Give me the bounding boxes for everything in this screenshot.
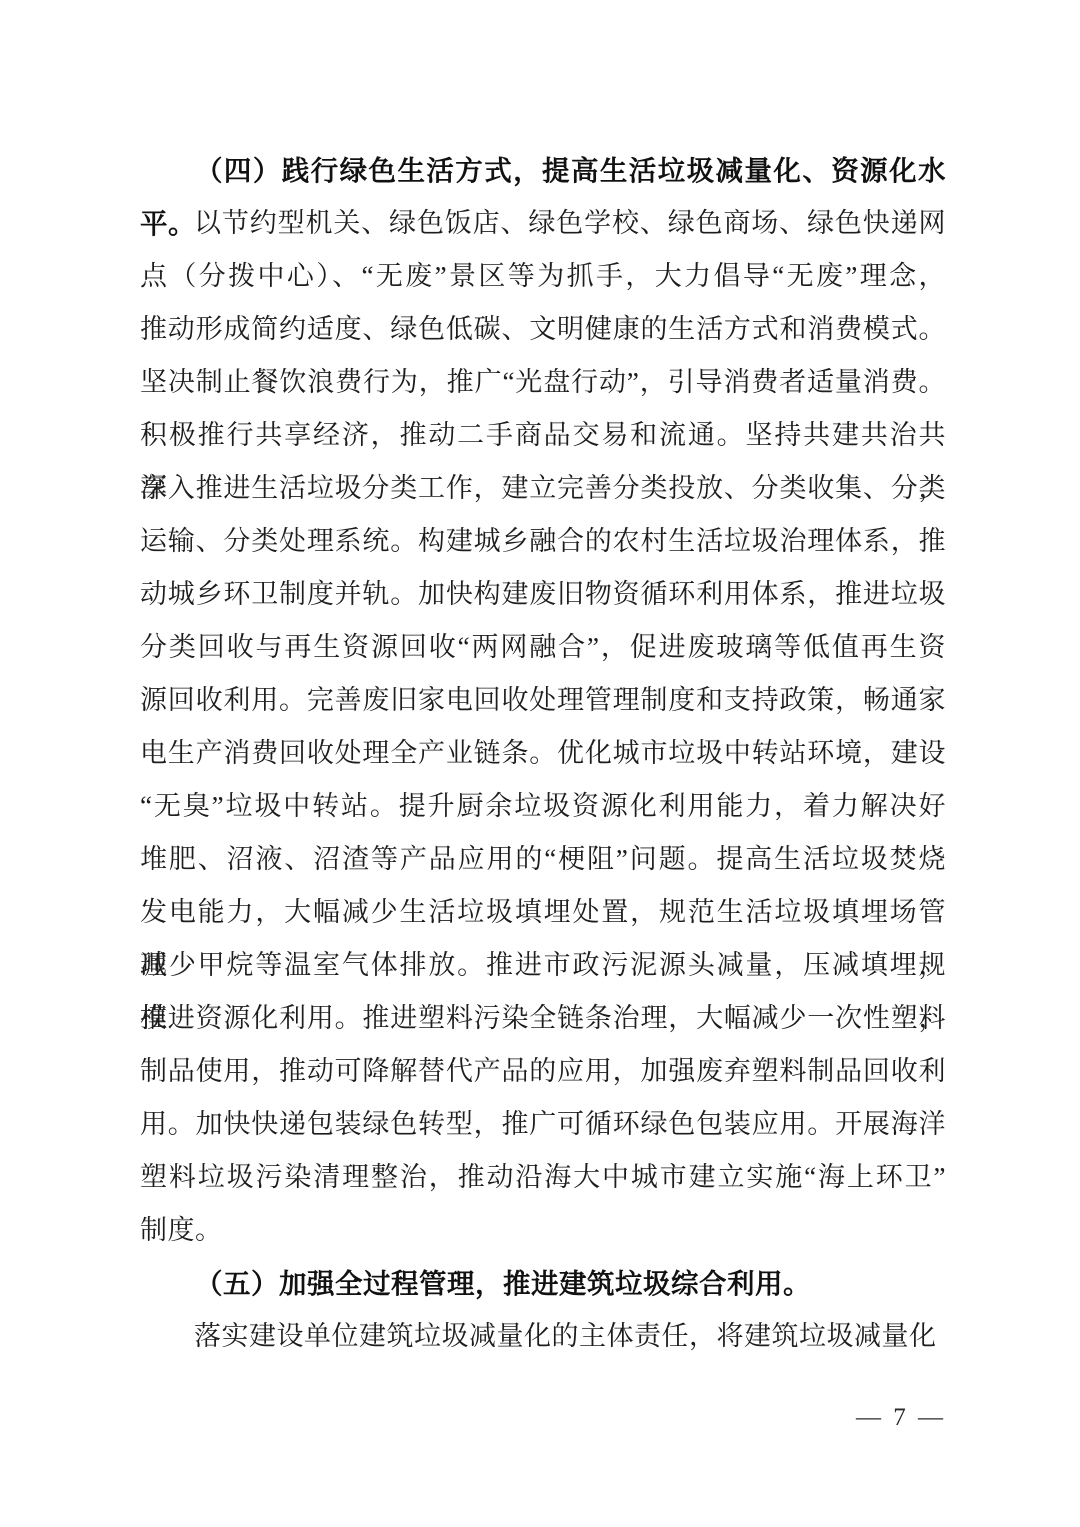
paragraph-line: 深入推进生活垃圾分类工作，建立完善分类投放、分类收集、分类 xyxy=(140,462,946,515)
document-page: （四）践行绿色生活方式，提高生活垃圾减量化、资源化水平。以节约型机关、绿色饭店、… xyxy=(0,0,1080,1527)
paragraph-line: 落实建设单位建筑垃圾减量化的主体责任，将建筑垃圾减量化 xyxy=(140,1310,946,1363)
paragraph-line: 制品使用，推动可降解替代产品的应用，加强废弃塑料制品回收利 xyxy=(140,1045,946,1098)
paragraph-line: 电生产消费回收处理全产业链条。优化城市垃圾中转站环境，建设 xyxy=(140,727,946,780)
page-number: — 7 — xyxy=(856,1404,946,1432)
paragraph-line: 发电能力，大幅减少生活垃圾填埋处置，规范生活垃圾填埋场管理， xyxy=(140,886,946,939)
paragraph-line: 以节约型机关、绿色饭店、绿色学校、绿色商场、绿色快递网 xyxy=(140,197,946,250)
paragraph-line: 塑料垃圾污染清理整治，推动沿海大中城市建立实施“海上环卫” xyxy=(140,1151,946,1204)
paragraph-line: 分类回收与再生资源回收“两网融合”，促进废玻璃等低值再生资 xyxy=(140,621,946,674)
paragraph-line: 制度。 xyxy=(140,1204,946,1257)
paragraph-line: 源回收利用。完善废旧家电回收处理管理制度和支持政策，畅通家 xyxy=(140,674,946,727)
paragraph-line: 减少甲烷等温室气体排放。推进市政污泥源头减量，压减填埋规模， xyxy=(140,939,946,992)
paragraph-line: “无臭”垃圾中转站。提升厨余垃圾资源化利用能力，着力解决好 xyxy=(140,780,946,833)
document-section: （五）加强全过程管理，推进建筑垃圾综合利用。落实建设单位建筑垃圾减量化的主体责任… xyxy=(140,1257,946,1363)
paragraph-line: 堆肥、沼液、沼渣等产品应用的“梗阻”问题。提高生活垃圾焚烧 xyxy=(140,833,946,886)
paragraph-line: 点（分拨中心）、“无废”景区等为抓手，大力倡导“无废”理念， xyxy=(140,250,946,303)
paragraph-line: 动城乡环卫制度并轨。加快构建废旧物资循环利用体系，推进垃圾 xyxy=(140,568,946,621)
document-section: （四）践行绿色生活方式，提高生活垃圾减量化、资源化水平。以节约型机关、绿色饭店、… xyxy=(140,144,946,1257)
paragraph-line: 推动形成简约适度、绿色低碳、文明健康的生活方式和消费模式。 xyxy=(140,303,946,356)
paragraph-line: 坚决制止餐饮浪费行为，推广“光盘行动”，引导消费者适量消费。 xyxy=(140,356,946,409)
paragraph-line: 运输、分类处理系统。构建城乡融合的农村生活垃圾治理体系，推 xyxy=(140,515,946,568)
paragraph-line: 积极推行共享经济，推动二手商品交易和流通。坚持共建共治共享， xyxy=(140,409,946,462)
document-body: （四）践行绿色生活方式，提高生活垃圾减量化、资源化水平。以节约型机关、绿色饭店、… xyxy=(140,144,946,1363)
paragraph-line: 推进资源化利用。推进塑料污染全链条治理，大幅减少一次性塑料 xyxy=(140,992,946,1045)
section-heading: （五）加强全过程管理，推进建筑垃圾综合利用。 xyxy=(140,1257,946,1310)
section-heading: （四）践行绿色生活方式，提高生活垃圾减量化、资源化水平。 xyxy=(140,144,946,197)
paragraph-line: 用。加快快递包装绿色转型，推广可循环绿色包装应用。开展海洋 xyxy=(140,1098,946,1151)
